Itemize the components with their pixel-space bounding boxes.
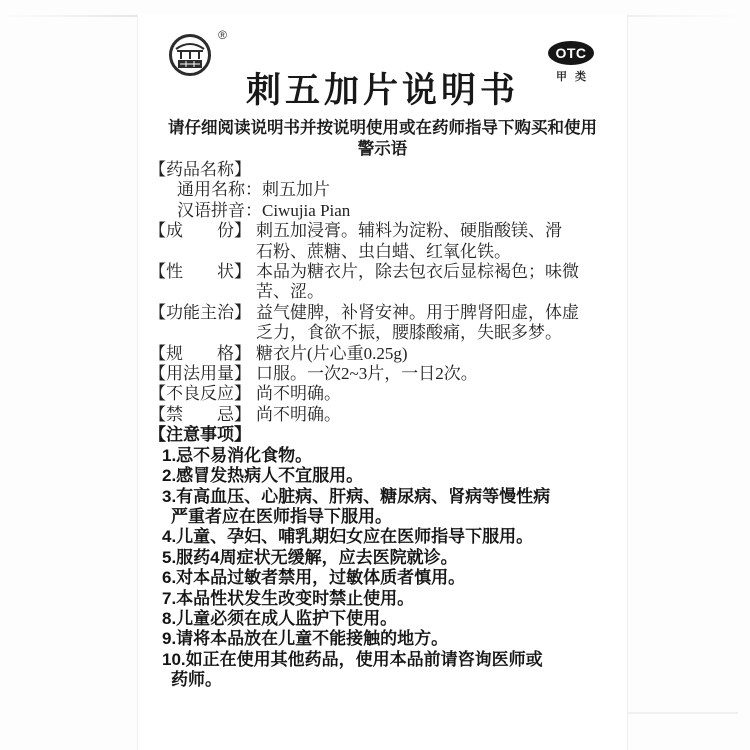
section-label: 【功能主治】 [149, 303, 256, 344]
precaution-item: 1.忌不易消化食物。 [149, 446, 621, 466]
drug-name-section: 【药品名称】 [149, 160, 621, 180]
precaution-item: 7.本品性状发生改变时禁止使用。 [149, 589, 621, 609]
precaution-line: 6.对本品过敏者禁用，过敏体质者慎用。 [149, 568, 621, 588]
precaution-line: 严重者应在医师指导下服用。 [149, 507, 621, 527]
section-functions: 【功能主治】 益气健脾，补肾安神。用于脾肾阳虚，体虚 乏力，食欲不振，腰膝酸痛，… [149, 303, 621, 344]
section-contraindications: 【禁 忌】 尚不明确。 [149, 405, 621, 425]
insert-body: 【药品名称】 通用名称：刺五加片 汉语拼音：Ciwujia Pian 【成 份】… [149, 160, 621, 691]
section-description: 【性 状】 本品为糖衣片，除去包衣后显棕褐色；味微 苦、涩。 [149, 262, 621, 303]
precaution-item: 4.儿童、孕妇、哺乳期妇女应在医师指导下服用。 [149, 527, 621, 547]
precaution-item: 3.有高血压、心脏病、肝病、糖尿病、肾病等慢性病 严重者应在医师指导下服用。 [149, 487, 621, 528]
precaution-line: 8.儿童必须在成人监护下使用。 [149, 609, 621, 629]
registered-trademark-icon: ® [218, 28, 227, 42]
section-label: 【药品名称】 [149, 160, 256, 180]
section-content-line: 尚不明确。 [256, 384, 621, 404]
section-specification: 【规 格】 糖衣片(片心重0.25g) [149, 344, 621, 364]
section-label: 【规 格】 [149, 344, 256, 364]
section-label: 【用法用量】 [149, 364, 256, 384]
section-content-line: 糖衣片(片心重0.25g) [256, 344, 621, 364]
precaution-line: 10.如正在使用其他药品，使用本品前请咨询医师或 [149, 650, 621, 670]
precaution-item: 2.感冒发热病人不宜服用。 [149, 466, 621, 486]
section-content-line: 本品为糖衣片，除去包衣后显棕褐色；味微 [256, 262, 621, 282]
insert-page: ® OTC 甲类 刺五加片说明书 请仔细阅读说明书并按说明使用或在药师指导下购买… [137, 14, 628, 750]
package-insert-scan: ® OTC 甲类 刺五加片说明书 请仔细阅读说明书并按说明使用或在药师指导下购买… [0, 0, 750, 750]
precaution-item: 8.儿童必须在成人监护下使用。 [149, 609, 621, 629]
section-content-line: 石粉、蔗糖、虫白蜡、红氧化铁。 [256, 242, 621, 262]
warning-label: 警示语 [138, 139, 627, 159]
generic-name-line: 通用名称：刺五加片 [149, 180, 621, 200]
section-content-line: 乏力，食欲不振，腰膝酸痛，失眠多梦。 [256, 323, 621, 343]
precaution-line: 2.感冒发热病人不宜服用。 [149, 466, 621, 486]
precautions-label: 【注意事项】 [149, 425, 621, 445]
section-content-line: 尚不明确。 [256, 405, 621, 425]
precaution-line: 5.服药4周症状无缓解，应去医院就诊。 [149, 548, 621, 568]
section-label: 【成 份】 [149, 221, 256, 262]
section-content-line: 口服。一次2~3片，一日2次。 [256, 364, 621, 384]
pinyin-line: 汉语拼音：Ciwujia Pian [149, 201, 621, 221]
precaution-line: 1.忌不易消化食物。 [149, 446, 621, 466]
otc-mark: OTC [548, 41, 594, 65]
precaution-line: 9.请将本品放在儿童不能接触的地方。 [149, 629, 621, 649]
section-content-line: 苦、涩。 [256, 282, 621, 302]
section-label: 【禁 忌】 [149, 405, 256, 425]
precaution-item: 9.请将本品放在儿童不能接触的地方。 [149, 629, 621, 649]
precaution-item: 10.如正在使用其他药品，使用本品前请咨询医师或 药师。 [149, 650, 621, 691]
section-content-line: 刺五加浸膏。辅料为淀粉、硬脂酸镁、滑 [256, 221, 621, 241]
section-label: 【性 状】 [149, 262, 256, 303]
section-dosage: 【用法用量】 口服。一次2~3片，一日2次。 [149, 364, 621, 384]
precaution-line: 药师。 [149, 670, 621, 690]
precaution-line: 7.本品性状发生改变时禁止使用。 [149, 589, 621, 609]
usage-warning-text: 请仔细阅读说明书并按说明使用或在药师指导下购买和使用 [138, 118, 627, 138]
section-adverse-reactions: 【不良反应】 尚不明确。 [149, 384, 621, 404]
section-content-line: 益气健脾，补肾安神。用于脾肾阳虚，体虚 [256, 303, 621, 323]
precaution-item: 5.服药4周症状无缓解，应去医院就诊。 [149, 548, 621, 568]
section-label: 【不良反应】 [149, 384, 256, 404]
document-title: 刺五加片说明书 [138, 72, 627, 110]
precaution-line: 3.有高血压、心脏病、肝病、糖尿病、肾病等慢性病 [149, 487, 621, 507]
section-ingredients: 【成 份】 刺五加浸膏。辅料为淀粉、硬脂酸镁、滑 石粉、蔗糖、虫白蜡、红氧化铁。 [149, 221, 621, 262]
precaution-line: 4.儿童、孕妇、哺乳期妇女应在医师指导下服用。 [149, 527, 621, 547]
precaution-item: 6.对本品过敏者禁用，过敏体质者慎用。 [149, 568, 621, 588]
